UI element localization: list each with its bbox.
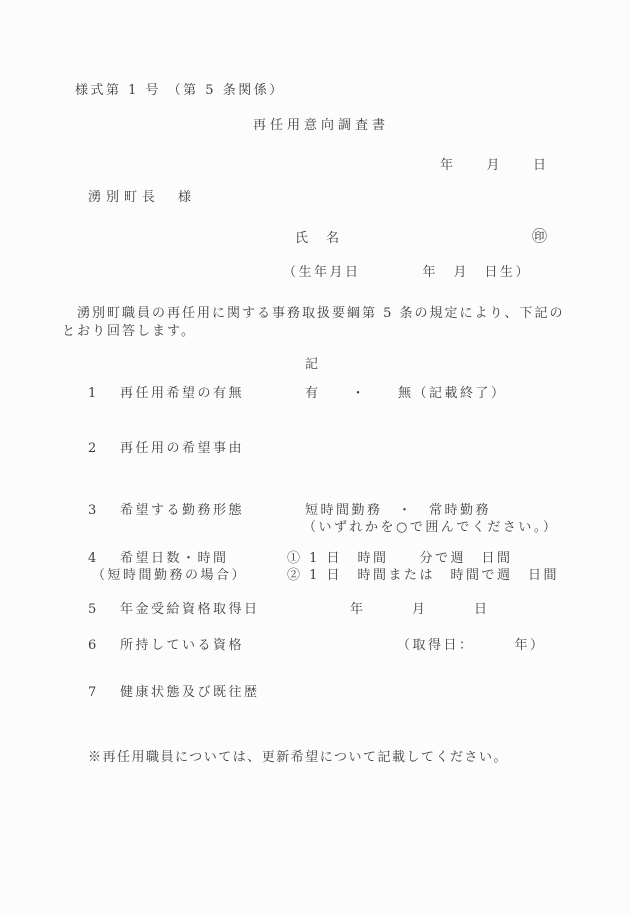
item-3-value: 短時間勤務 ・ 常時勤務 <box>305 503 491 518</box>
item-5-label: 年金受給資格取得日 <box>120 602 260 617</box>
footnote: ※再任用職員については、更新希望について記載してください。 <box>88 750 508 765</box>
item-6-label: 所持している資格 <box>120 638 244 653</box>
header-date-line: 年 月 日 <box>440 158 549 173</box>
item-3-value-2: （いずれかを○で囲んでください。） <box>303 520 558 535</box>
record-heading: 記 <box>305 357 321 372</box>
item-3-label: 希望する勤務形態 <box>120 503 244 518</box>
item-7-label: 健康状態及び既往歴 <box>120 685 260 700</box>
item-6-value: （取得日： 年） <box>397 638 546 653</box>
item-2-label: 再任用の希望事由 <box>120 441 244 456</box>
document-page: 様式第 1 号 （第 5 条関係） 再任用意向調査書 年 月 日 湧別町長 様 … <box>0 0 630 915</box>
item-3-number: 3 <box>88 503 99 518</box>
body-paragraph-line-1: 湧別町職員の再任用に関する事務取扱要綱第 5 条の規定により、下記の <box>62 306 565 321</box>
seal-icon: ㊞ <box>532 229 547 244</box>
document-title: 再任用意向調査書 <box>253 118 389 133</box>
birthdate-line: （生年月日 年 月 日生） <box>283 265 531 280</box>
item-1-label: 再任用希望の有無 <box>120 386 244 401</box>
item-4-label: 希望日数・時間 <box>120 551 229 566</box>
item-4-label-2: （短時間勤務の場合） <box>92 568 247 583</box>
item-2-number: 2 <box>88 441 99 456</box>
name-label: 氏 名 <box>295 231 342 246</box>
addressee: 湧別町長 様 <box>88 190 196 205</box>
body-paragraph-line-2: とおり回答します。 <box>62 324 196 339</box>
item-1-value: 有 ・ 無（記載終了） <box>305 386 507 401</box>
item-4-value: ① 1 日 時間 分で週 日間 <box>287 551 513 566</box>
form-number: 様式第 1 号 （第 5 条関係） <box>75 83 285 98</box>
item-6-number: 6 <box>88 638 99 653</box>
item-4-value-2: ② 1 日 時間または 時間で週 日間 <box>287 568 559 583</box>
item-1-number: 1 <box>88 386 99 401</box>
item-5-value: 年 月 日 <box>350 602 490 617</box>
item-5-number: 5 <box>88 602 99 617</box>
item-4-number: 4 <box>88 551 99 566</box>
item-7-number: 7 <box>88 685 99 700</box>
